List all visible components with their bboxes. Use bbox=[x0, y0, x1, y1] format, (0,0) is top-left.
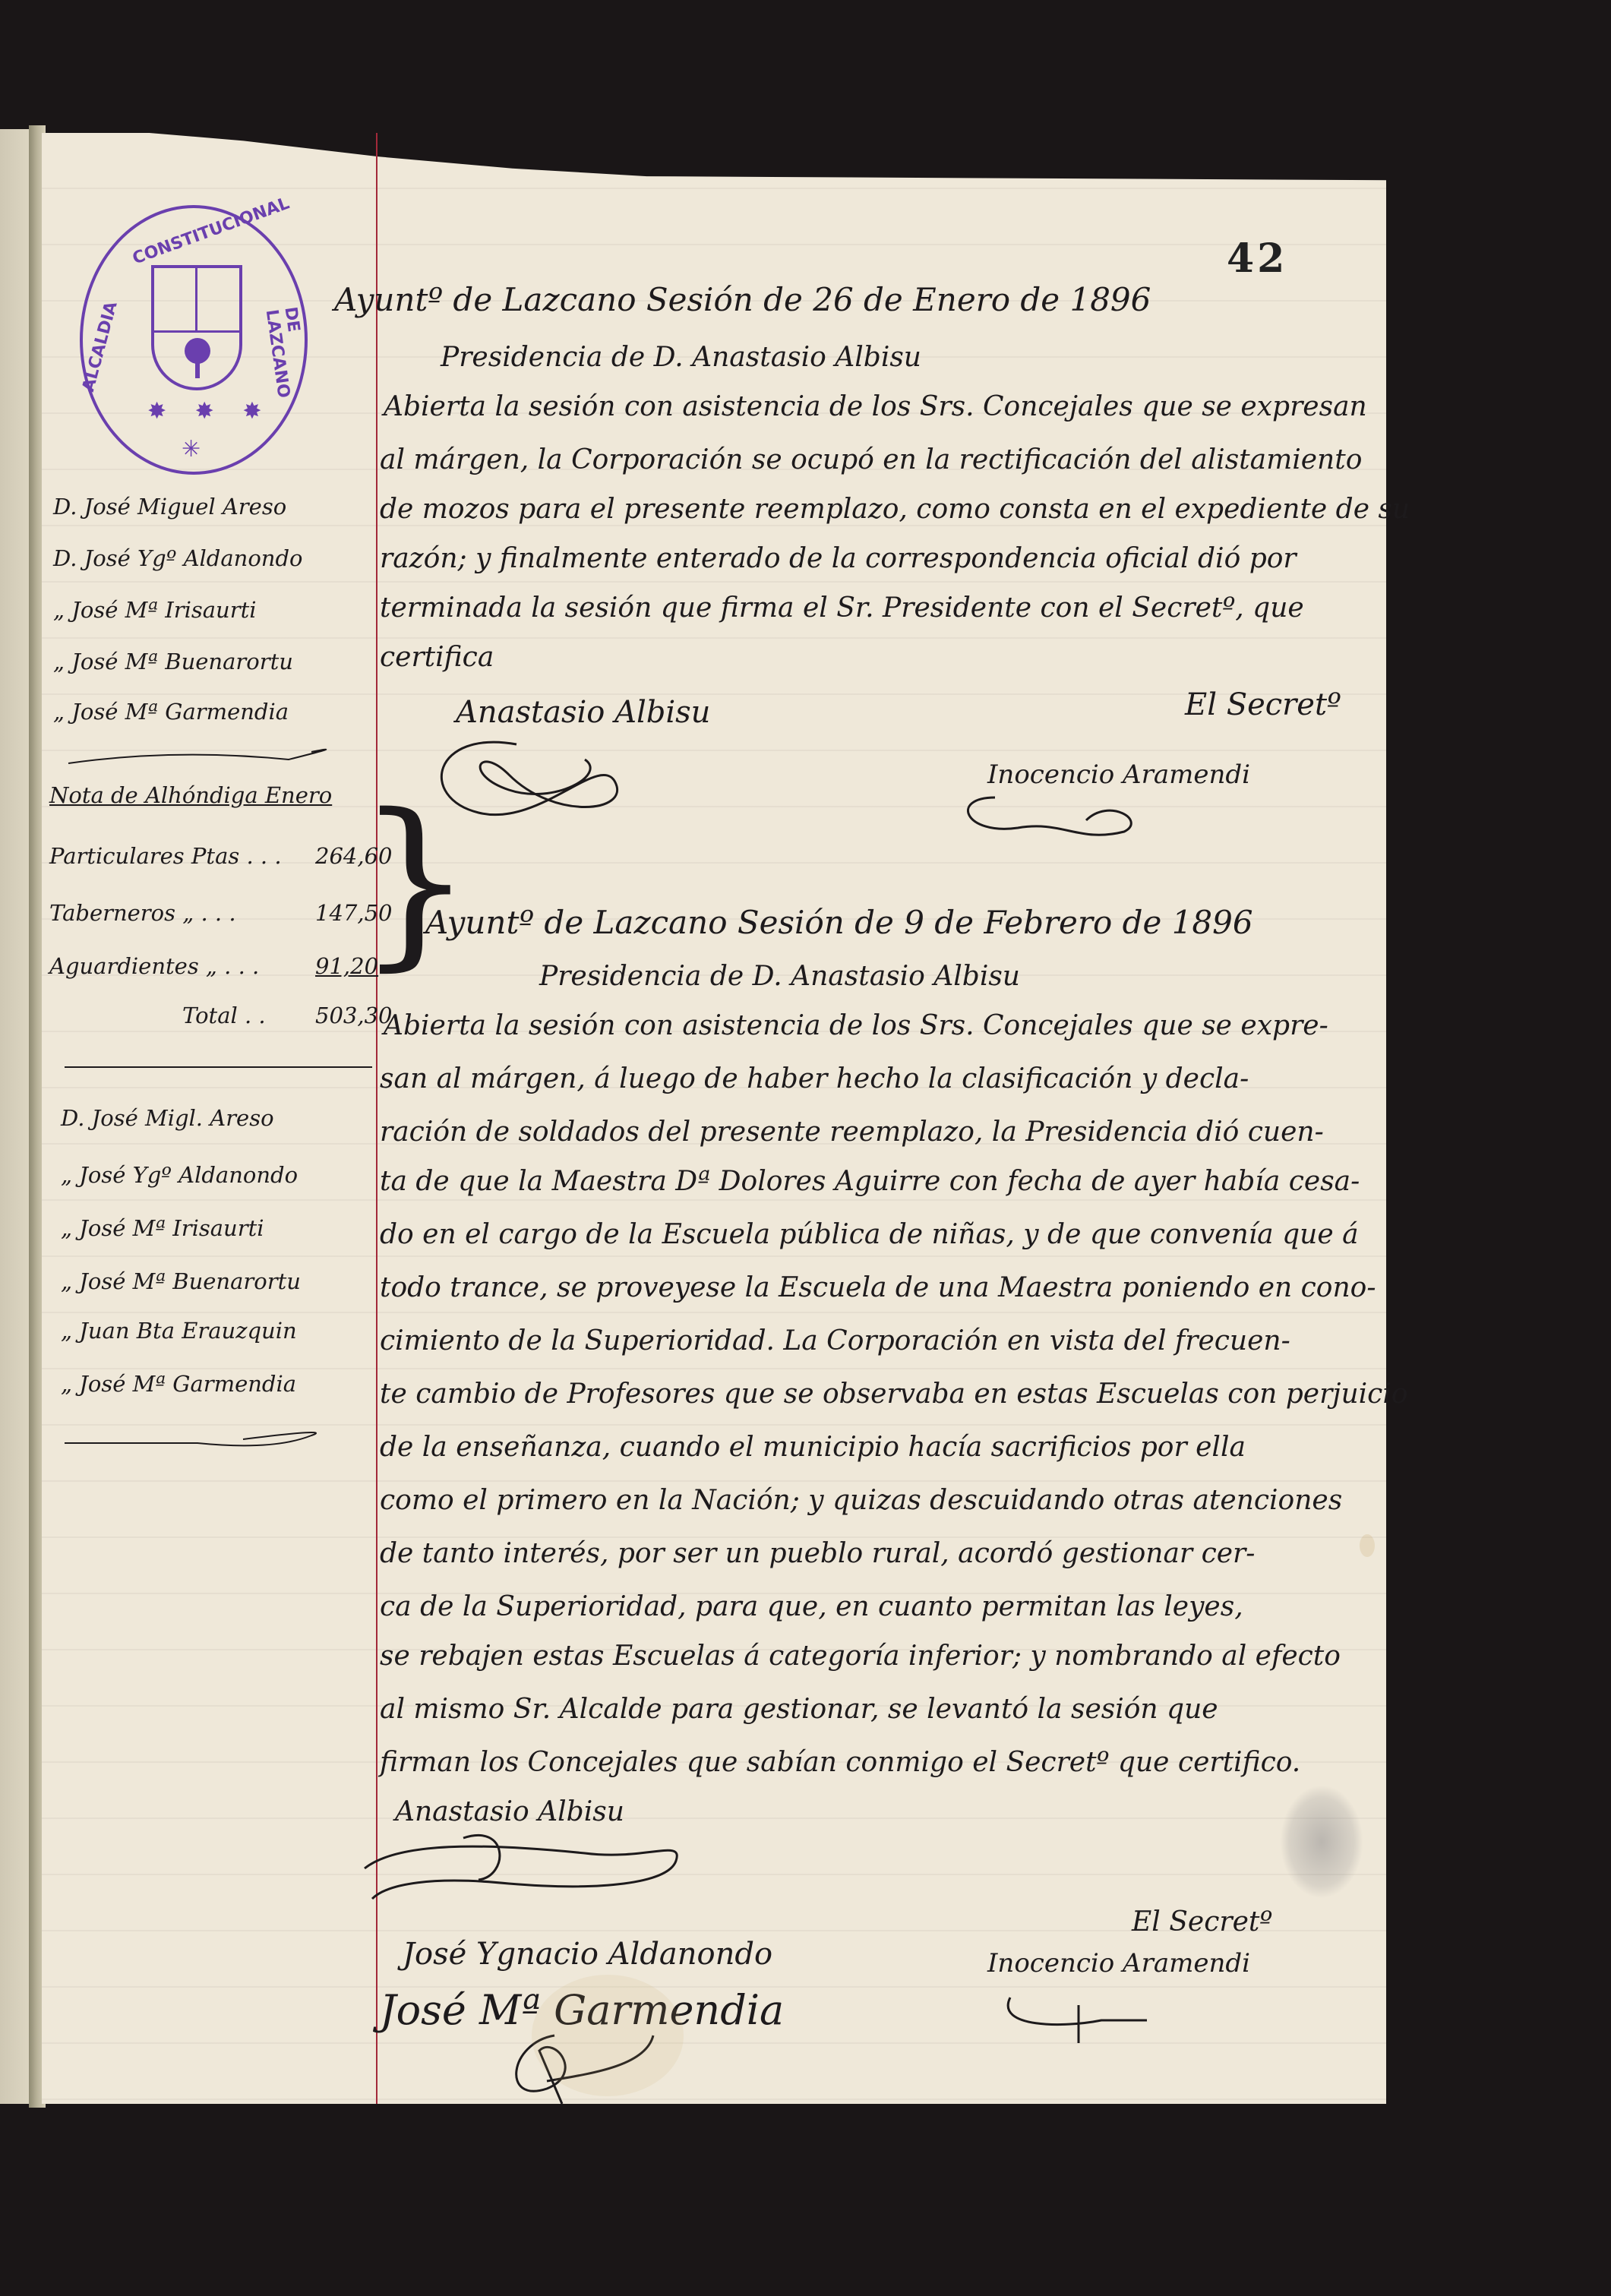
minutes-line: de mozos para el presente reemplazo, com… bbox=[380, 494, 1410, 525]
alhondiga-total-label: Total . . bbox=[182, 1003, 266, 1028]
coat-of-arms-icon bbox=[151, 265, 242, 390]
minutes-line: al mismo Sr. Alcalde para gestionar, se … bbox=[380, 1694, 1218, 1725]
minutes-line: ca de la Superioridad, para que, en cuan… bbox=[380, 1591, 1243, 1622]
minutes-line: terminada la sesión que firma el Sr. Pre… bbox=[380, 592, 1304, 624]
alhondiga-total-value: 503,30 bbox=[315, 1003, 392, 1028]
secretary-title: El Secretº bbox=[1132, 1906, 1272, 1938]
minutes-line: cimiento de la Superioridad. La Corporac… bbox=[380, 1325, 1290, 1356]
rubric-flourish-icon bbox=[957, 790, 1139, 851]
rubric-flourish-icon bbox=[418, 729, 646, 835]
minutes-line: firman los Concejales que sabían conmigo… bbox=[380, 1747, 1300, 1778]
rubric-flourish-icon bbox=[357, 1823, 722, 1906]
alhondiga-row-label: Particulares Ptas . . . bbox=[49, 843, 282, 869]
minutes-line: san al márgen, á luego de haber hecho la… bbox=[380, 1063, 1249, 1094]
signature-secretary: Inocencio Aramendi bbox=[987, 1948, 1250, 1979]
attendee: „ Juan Bta Erauzquin bbox=[61, 1318, 297, 1344]
minutes-line: Abierta la sesión con asistencia de los … bbox=[384, 1010, 1328, 1041]
page-number: 42 bbox=[1227, 235, 1287, 282]
signature-president: Anastasio Albisu bbox=[456, 695, 710, 730]
attendee: „ José Mª Irisaurti bbox=[53, 597, 257, 623]
margin-rule-icon bbox=[61, 1060, 380, 1075]
star-icon: ✳ bbox=[182, 436, 201, 463]
margin-flourish-icon bbox=[61, 741, 365, 778]
adjacent-page-edge bbox=[0, 129, 30, 2104]
session-heading: Ayuntº de Lazcano Sesión de 9 de Febrero… bbox=[425, 904, 1253, 941]
red-margin-rule bbox=[376, 133, 377, 2104]
attendee: D. José Migl. Areso bbox=[61, 1105, 274, 1131]
minutes-line: todo trance, se proveyese la Escuela de … bbox=[380, 1272, 1376, 1303]
attendee: „ José Mª Buenarortu bbox=[53, 649, 293, 674]
minutes-line: te cambio de Profesores que se observaba… bbox=[380, 1379, 1408, 1410]
secretary-title: El Secretº bbox=[1185, 687, 1341, 722]
minutes-line: certifica bbox=[380, 642, 494, 673]
ink-fingerprint bbox=[1280, 1785, 1363, 1899]
minutes-line: ración de soldados del presente reemplaz… bbox=[380, 1116, 1324, 1148]
session-presidency: Presidencia de D. Anastasio Albisu bbox=[441, 342, 921, 373]
margin-flourish-icon bbox=[61, 1428, 334, 1466]
attendee: D. José Miguel Areso bbox=[53, 494, 286, 520]
alhondiga-row-label: Aguardientes „ . . . bbox=[49, 953, 259, 979]
minutes-line: de tanto interés, por ser un pueblo rura… bbox=[380, 1538, 1255, 1569]
minutes-line: razón; y finalmente enterado de la corre… bbox=[380, 543, 1297, 574]
rubric-flourish-icon bbox=[1003, 1990, 1155, 2051]
session-heading: Ayuntº de Lazcano Sesión de 26 de Enero … bbox=[334, 281, 1151, 318]
signature-secretary: Inocencio Aramendi bbox=[987, 760, 1250, 790]
attendee: „ José Mª Buenarortu bbox=[61, 1268, 301, 1294]
stars-icon: ✸ ✸ ✸ bbox=[147, 398, 272, 425]
minutes-line: ta de que la Maestra Dª Dolores Aguirre … bbox=[380, 1166, 1360, 1197]
foxing-stain bbox=[1360, 1534, 1375, 1557]
attendee: „ José Mª Irisaurti bbox=[61, 1215, 264, 1241]
alhondiga-row-label: Taberneros „ . . . bbox=[49, 900, 236, 926]
attendee: „ José Ygº Aldanondo bbox=[61, 1162, 298, 1188]
municipal-stamp: CONSTITUCIONAL ALCALDIA DE LAZCANO ✸ ✸ ✸… bbox=[80, 205, 308, 475]
minutes-line: do en el cargo de la Escuela pública de … bbox=[380, 1219, 1359, 1250]
minutes-line: al márgen, la Corporación se ocupó en la… bbox=[380, 444, 1362, 475]
water-stain bbox=[532, 1975, 684, 2096]
stamp-text-right: DE LAZCANO bbox=[262, 305, 312, 399]
signature-councillor: José Ygnacio Aldanondo bbox=[403, 1937, 772, 1972]
session-presidency: Presidencia de D. Anastasio Albisu bbox=[539, 961, 1020, 992]
minutes-line: se rebajen estas Escuelas á categoría in… bbox=[380, 1641, 1341, 1672]
attendee: „ José Mª Garmendia bbox=[53, 699, 289, 725]
stamp-text-left: ALCALDIA bbox=[79, 299, 122, 393]
minutes-line: de la enseñanza, cuando el municipio hac… bbox=[380, 1432, 1246, 1463]
alhondiga-title: Nota de Alhóndiga Enero bbox=[49, 782, 332, 808]
attendee: D. José Ygº Aldanondo bbox=[53, 545, 302, 571]
minutes-line: Abierta la sesión con asistencia de los … bbox=[384, 391, 1367, 422]
minutes-line: como el primero en la Nación; y quizas d… bbox=[380, 1485, 1342, 1516]
attendee: „ José Mª Garmendia bbox=[61, 1371, 296, 1397]
